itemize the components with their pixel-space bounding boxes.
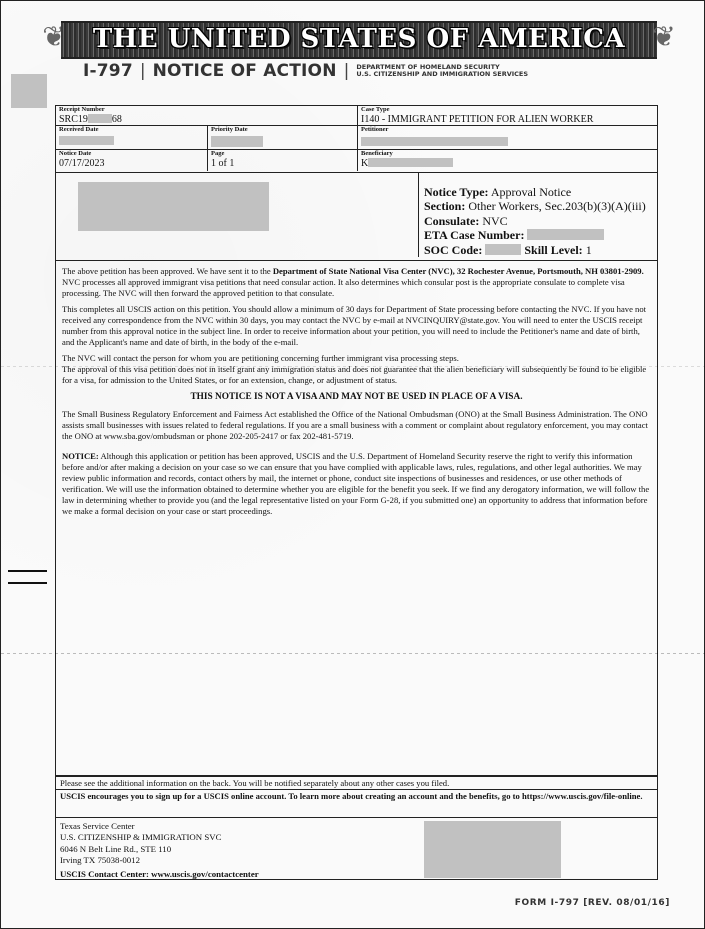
- notice-type: Notice Type: Approval Notice: [424, 185, 646, 199]
- case-type-value: I140 - IMMIGRANT PETITION FOR ALIEN WORK…: [361, 114, 657, 125]
- visa-warning: THIS NOTICE IS NOT A VISA AND MAY NOT BE…: [62, 392, 651, 403]
- paragraph-verification-notice: NOTICE: Although this application or pet…: [62, 451, 651, 517]
- address-line: Irving TX 75038-0012: [60, 855, 653, 866]
- notice-date-label: Notice Date: [59, 150, 207, 158]
- paragraph-ombudsman: The Small Business Regulatory Enforcemen…: [62, 409, 651, 442]
- page-value: 1 of 1: [211, 158, 357, 169]
- redacted-mailing-address: [78, 182, 269, 231]
- petitioner-label: Petitioner: [361, 126, 657, 134]
- header-banner: ❦ THE UNITED STATES OF AMERICA ❦: [41, 19, 677, 59]
- heading-separator: |: [344, 61, 350, 81]
- redacted-petitioner: [361, 137, 508, 146]
- service-center-address: Texas Service Center U.S. CITIZENSHIP & …: [55, 818, 658, 880]
- eta-case-number: ETA Case Number:: [424, 228, 646, 242]
- document-page: ❦ THE UNITED STATES OF AMERICA ❦ I-797 |…: [0, 0, 705, 929]
- notice-details: Notice Type: Approval Notice Section: Ot…: [424, 185, 646, 257]
- form-revision: FORM I-797 [REV. 08/01/16]: [515, 898, 670, 908]
- beneficiary-cell: Beneficiary K: [358, 150, 657, 171]
- redacted-receipt-digits: [88, 114, 112, 123]
- margin-mark: [8, 582, 47, 584]
- notice-info-box: Notice Type: Approval Notice Section: Ot…: [55, 173, 658, 261]
- received-date-cell: Received Date: [56, 126, 208, 150]
- scan-artifact: [1, 653, 705, 654]
- received-date-label: Received Date: [59, 126, 207, 134]
- priority-date-label: Priority Date: [211, 126, 357, 134]
- receipt-number-value: SRC1968: [59, 114, 357, 125]
- notice-date-value: 07/17/2023: [59, 158, 207, 169]
- margin-mark: [8, 570, 47, 572]
- paragraph-approval: The above petition has been approved. We…: [62, 266, 651, 299]
- redacted-beneficiary: [368, 158, 453, 167]
- case-info-table: Receipt Number SRC1968 Case Type I140 - …: [55, 105, 658, 173]
- case-type-cell: Case Type I140 - IMMIGRANT PETITION FOR …: [358, 106, 657, 126]
- notice-date-cell: Notice Date 07/17/2023: [56, 150, 208, 171]
- soc-code-skill-level: SOC Code: Skill Level: 1: [424, 243, 646, 257]
- redacted-soc-code: [485, 244, 521, 255]
- redacted-barcode-block: [424, 821, 561, 878]
- redacted-eta-number: [527, 229, 604, 240]
- consulate: Consulate: NVC: [424, 214, 646, 228]
- agency-block: DEPARTMENT OF HOMELAND SECURITY U.S. CIT…: [356, 64, 528, 78]
- case-type-label: Case Type: [361, 106, 657, 114]
- beneficiary-value: K: [361, 158, 657, 169]
- form-title: NOTICE OF ACTION: [153, 61, 337, 81]
- redacted-priority-date: [211, 136, 263, 147]
- heading-separator: |: [140, 61, 146, 81]
- beneficiary-label: Beneficiary: [361, 150, 657, 158]
- contact-center: USCIS Contact Center: www.uscis.gov/cont…: [60, 869, 653, 880]
- paragraph-nvc-contact: This completes all USCIS action on this …: [62, 304, 651, 348]
- form-heading: I-797 | NOTICE OF ACTION | DEPARTMENT OF…: [83, 61, 528, 81]
- page-label: Page: [211, 150, 357, 158]
- address-line: Texas Service Center: [60, 821, 653, 832]
- address-line: U.S. CITIZENSHIP & IMMIGRATION SVC: [60, 832, 653, 843]
- address-line: 6046 N Belt Line Rd., STE 110: [60, 844, 653, 855]
- receipt-number-cell: Receipt Number SRC1968: [56, 106, 358, 126]
- section: Section: Other Workers, Sec.203(b)(3)(A)…: [424, 199, 646, 213]
- petitioner-cell: Petitioner: [358, 126, 657, 150]
- priority-date-cell: Priority Date: [208, 126, 358, 150]
- redacted-received-date: [59, 136, 114, 145]
- page-cell: Page 1 of 1: [208, 150, 358, 171]
- scan-artifact: [1, 366, 705, 367]
- redacted-barcode: [11, 74, 47, 108]
- paragraph-processing-steps: The NVC will contact the person for whom…: [62, 353, 651, 364]
- agency-uscis: U.S. CITIZENSHIP AND IMMIGRATION SERVICE…: [356, 71, 528, 78]
- banner-title: THE UNITED STATES OF AMERICA: [61, 23, 657, 55]
- online-account-note: USCIS encourages you to sign up for a US…: [55, 790, 658, 818]
- form-number: I-797: [83, 61, 133, 81]
- additional-info-note: Please see the additional information on…: [55, 776, 658, 790]
- acanthus-ornament-icon: ❦: [651, 19, 677, 57]
- notice-body: The above petition has been approved. We…: [55, 261, 658, 776]
- mailing-address-area: [56, 173, 419, 257]
- paragraph-status-disclaimer: The approval of this visa petition does …: [62, 364, 651, 386]
- receipt-number-label: Receipt Number: [59, 106, 357, 114]
